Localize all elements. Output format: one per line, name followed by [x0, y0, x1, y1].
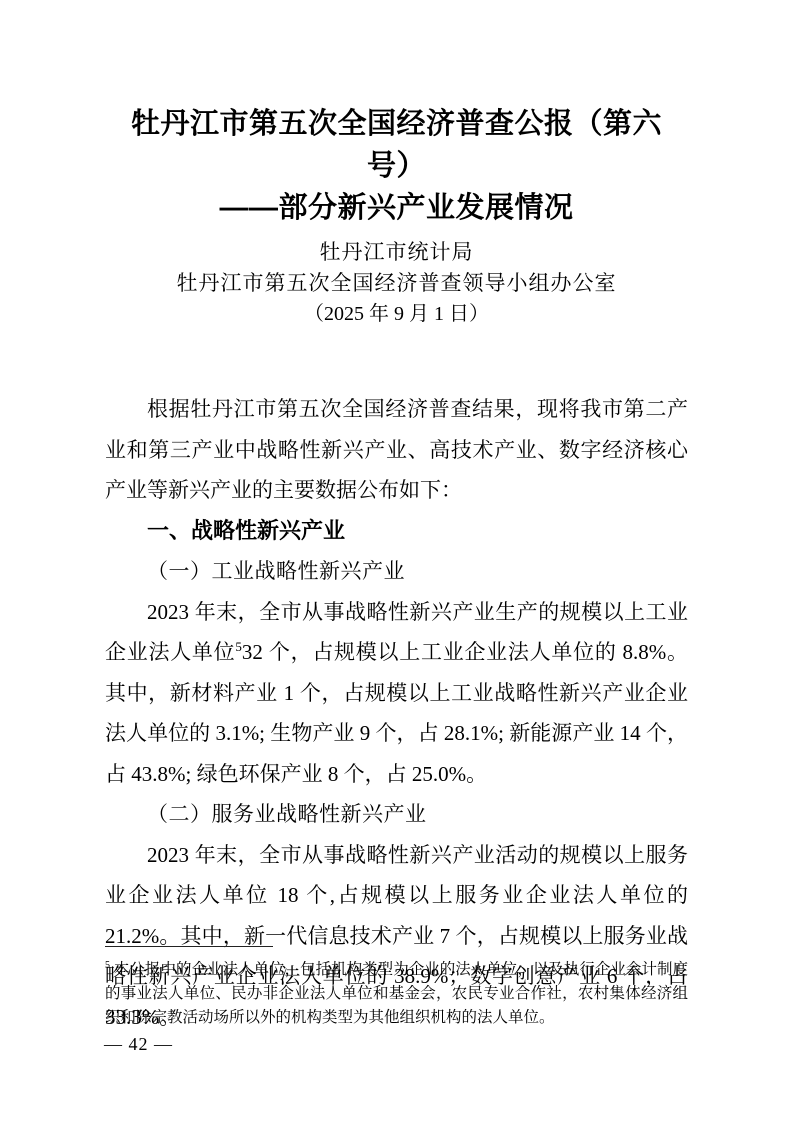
document-title-line1: 牡丹江市第五次全国经济普查公报（第六号） [131, 108, 662, 182]
footnote-block: 5 本公报中的企业法人单位，包括机构类型为企业的法人单位，以及执行企业会计制度的… [105, 946, 688, 1030]
heading-section-1: 一、战略性新兴产业 [105, 511, 688, 552]
document-title: 牡丹江市第五次全国经济普查公报（第六号） ——部分新兴产业发展情况 [105, 103, 688, 229]
publish-date: （2025 年 9 月 1 日） [105, 299, 688, 330]
document-page: 牡丹江市第五次全国经济普查公报（第六号） ——部分新兴产业发展情况 牡丹江市统计… [0, 0, 793, 1122]
heading-sub-2-service: （二）服务业战略性新兴产业 [105, 794, 688, 835]
author-line-bureau: 牡丹江市统计局 [105, 237, 688, 268]
footnote-separator-rule [105, 946, 273, 947]
page-number: — 42 — [104, 1034, 173, 1055]
paragraph-intro: 根据牡丹江市第五次全国经济普查结果，现将我市第二产业和第三产业中战略性新兴产业、… [105, 389, 688, 511]
document-content: 牡丹江市第五次全国经济普查公报（第六号） ——部分新兴产业发展情况 牡丹江市统计… [105, 0, 688, 1037]
document-title-line2: ——部分新兴产业发展情况 [219, 192, 573, 224]
footnote: 5 本公报中的企业法人单位，包括机构类型为企业的法人单位，以及执行企业会计制度的… [105, 954, 688, 1030]
document-body: 根据牡丹江市第五次全国经济普查结果，现将我市第二产业和第三产业中战略性新兴产业、… [105, 389, 688, 1037]
author-line-office: 牡丹江市第五次全国经济普查领导小组办公室 [105, 268, 688, 299]
footnote-text: 本公报中的企业法人单位，包括机构类型为企业的法人单位，以及执行企业会计制度的事业… [105, 961, 688, 1026]
paragraph-industrial-stats: 2023 年末，全市从事战略性新兴产业生产的规模以上工业企业法人单位532 个，… [105, 592, 688, 795]
heading-sub-1-industrial: （一）工业战略性新兴产业 [105, 551, 688, 592]
